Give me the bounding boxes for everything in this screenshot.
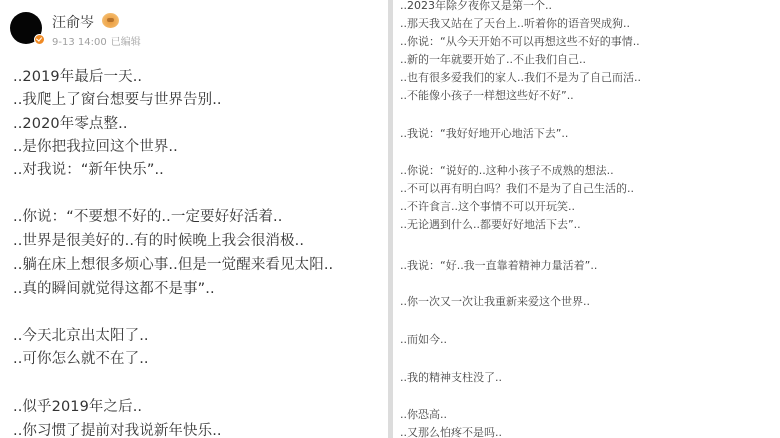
post-timestamp[interactable]: 9-13 14:00	[52, 37, 107, 48]
post-text-line: ..躺在床上想很多烦心事..但是一觉醒来看见太阳..	[13, 253, 333, 274]
post-text-line: ..而如今..	[400, 331, 447, 347]
post-text-line: ..我的精神支柱没了..	[400, 369, 502, 385]
post-text-line: ..不许食言..这个事情不可以开玩笑..	[400, 198, 575, 214]
post-text-line: ..2020年零点整..	[13, 112, 128, 133]
post-text-line: ..似乎2019年之后..	[13, 395, 142, 416]
post-header: 汪俞岑 9-13 14:00已编辑	[10, 12, 310, 46]
post-text-line: ..你说：“说好的..这种小孩子不成熟的想法..	[400, 162, 614, 178]
post-text-line: ..今天北京出太阳了..	[13, 324, 149, 345]
post-text-line: ..你说：“从今天开始不可以再想这些不好的事情..	[400, 33, 640, 49]
post-text-line: ..又那么怕疼不是吗..	[400, 424, 502, 438]
post-text-line: ..2019年最后一天..	[13, 65, 142, 86]
post-text-line: ..可你怎么就不在了..	[13, 347, 149, 368]
post-text-line: ..2023年除夕夜你又是第一个..	[400, 0, 552, 13]
edited-label[interactable]: 已编辑	[111, 37, 141, 48]
verified-badge-icon	[34, 34, 45, 45]
post-text-line: ..真的瞬间就觉得这都不是事”..	[13, 277, 215, 298]
post-meta: 9-13 14:00已编辑	[52, 33, 145, 48]
post-text-line: ..你习惯了提前对我说新年快乐..	[13, 419, 222, 438]
post-text-line: ..你一次又一次让我重新来爱这个世界..	[400, 293, 590, 309]
flower-badge-icon[interactable]	[102, 13, 119, 28]
post-text-line: ..不能像小孩子一样想这些好不好”..	[400, 87, 574, 103]
post-text-line: ..我说：“好..我一直靠着精神力量活着”..	[400, 257, 597, 273]
post-text-line: ..那天我又站在了天台上..听着你的语音哭成狗..	[400, 15, 630, 31]
post-text-line: ..是你把我拉回这个世界..	[13, 135, 178, 156]
post-text-line: ..不可以再有明白吗？我们不是为了自己生活的..	[400, 180, 634, 196]
post-text-line: ..你恐高..	[400, 406, 447, 422]
post-text-line: ..我爬上了窗台想要与世界告别..	[13, 88, 222, 109]
post-text-line: ..你说：“不要想不好的..一定要好好活着..	[13, 205, 282, 226]
post-text-line: ..我说：“我好好地开心地活下去”..	[400, 125, 568, 141]
author-name[interactable]: 汪俞岑	[52, 12, 94, 32]
post-text-line: ..无论遇到什么..都要好好地活下去”..	[400, 216, 581, 232]
post-text-line: ..对我说：“新年快乐”..	[13, 158, 164, 179]
left-post-panel: 汪俞岑 9-13 14:00已编辑 ..2019年最后一天.. ..我爬上了窗台…	[0, 0, 388, 438]
post-text-line: ..也有很多爱我们的家人..我们不是为了自己而活..	[400, 69, 641, 85]
post-text-line: ..世界是很美好的..有的时候晚上我会很消极..	[13, 229, 304, 250]
post-text-line: ..新的一年就要开始了..不止我们自己..	[400, 51, 586, 67]
right-post-panel: ..2023年除夕夜你又是第一个.. ..那天我又站在了天台上..听着你的语音哭…	[393, 0, 780, 438]
